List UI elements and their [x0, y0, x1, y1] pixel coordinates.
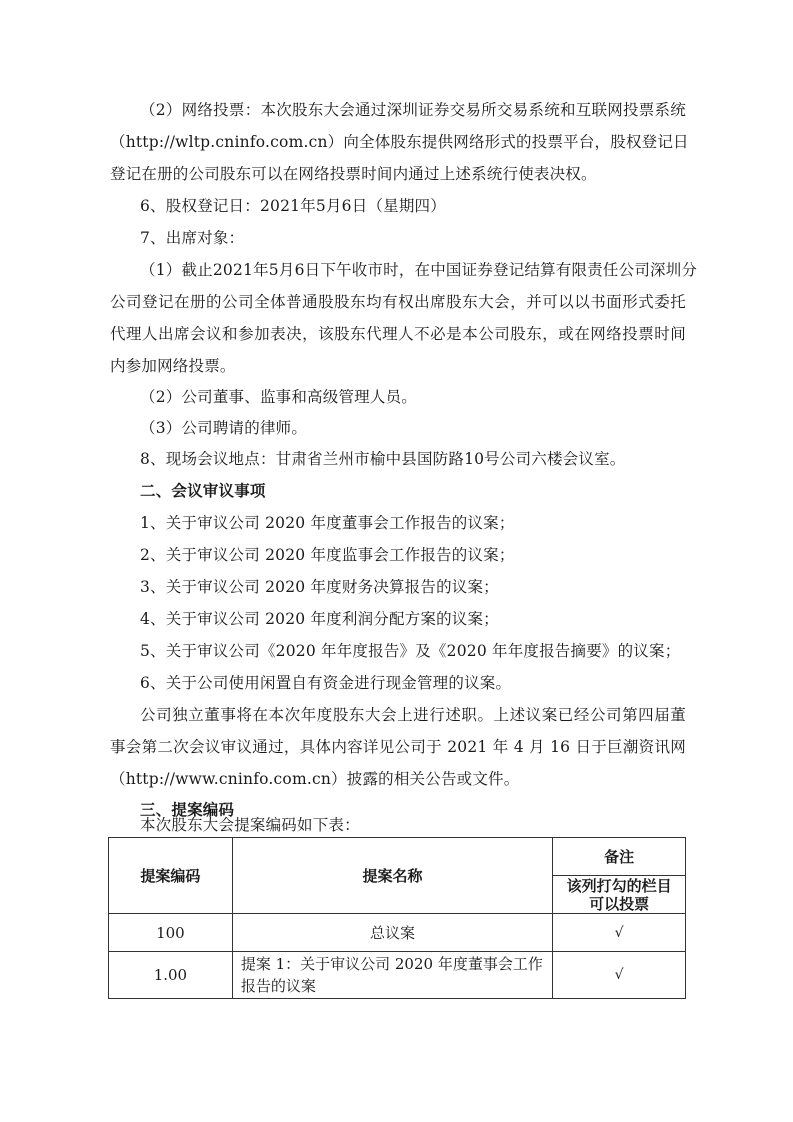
cell-check: √: [553, 914, 686, 952]
attendees-item-2: （2）公司董事、监事和高级管理人员。: [140, 387, 686, 407]
header-remark-sub: 该列打勾的栏目可以投票: [553, 876, 686, 914]
table-row: 100 总议案 √: [109, 914, 686, 952]
agenda-item-6: 6、关于公司使用闲置自有资金进行现金管理的议案。: [140, 673, 686, 693]
attendees-item-1-line3: 代理人出席会议和参加表决，该股东代理人不必是本公司股东，或在网络投票时间: [110, 324, 686, 344]
header-remark: 备注: [553, 838, 686, 876]
cell-code: 100: [109, 914, 233, 952]
attendees-item-1-line1: （1）截止2021年5月6日下午收市时，在中国证券登记结算有限责任公司深圳分: [140, 260, 686, 280]
section2-heading: 二、会议审议事项: [140, 481, 686, 501]
attendees-title: 7、出席对象：: [140, 228, 686, 248]
paragraph-network-vote-line1: （2）网络投票：本次股东大会通过深圳证券交易所交易系统和互联网投票系统: [140, 100, 686, 120]
agenda-item-2: 2、关于审议公司 2020 年度监事会工作报告的议案；: [140, 545, 686, 565]
paragraph-network-vote-line2: （http://wltp.cninfo.com.cn）向全体股东提供网络形式的投…: [110, 132, 686, 152]
note-line1: 公司独立董事将在本次年度股东大会上进行述职。上述议案已经公司第四届董: [140, 705, 686, 725]
note-line2: 事会第二次会议审议通过，具体内容详见公司于 2021 年 4 月 16 日于巨潮…: [110, 737, 686, 757]
venue: 8、现场会议地点：甘肃省兰州市榆中县国防路10号公司六楼会议室。: [140, 449, 716, 469]
paragraph-network-vote-line3: 登记在册的公司股东可以在网络投票时间内通过上述系统行使表决权。: [110, 164, 686, 184]
cell-code: 1.00: [109, 952, 233, 999]
attendees-item-1-line4: 内参加网络投票。: [110, 356, 686, 376]
record-date: 6、股权登记日：2021年5月6日（星期四）: [140, 196, 686, 216]
header-proposal-name: 提案名称: [232, 838, 552, 914]
cell-name: 总议案: [232, 914, 552, 952]
attendees-item-3: （3）公司聘请的律师。: [140, 418, 686, 438]
cell-check: √: [553, 952, 686, 999]
agenda-item-5: 5、关于审议公司《2020 年年度报告》及《2020 年年度报告摘要》的议案；: [140, 641, 686, 661]
agenda-item-4: 4、关于审议公司 2020 年度利润分配方案的议案；: [140, 609, 686, 629]
attendees-item-1-line2: 公司登记在册的公司全体普通股股东均有权出席股东大会，并可以以书面形式委托: [110, 292, 686, 312]
agenda-item-3: 3、关于审议公司 2020 年度财务决算报告的议案；: [140, 577, 686, 597]
cell-name: 提案 1：关于审议公司 2020 年度董事会工作报告的议案: [232, 952, 552, 999]
header-proposal-code: 提案编码: [109, 838, 233, 914]
proposal-code-table: 提案编码 提案名称 备注 该列打勾的栏目可以投票 100 总议案 √ 1.00 …: [108, 837, 686, 999]
note-line3: （http://www.cninfo.com.cn）披露的相关公告或文件。: [110, 769, 686, 789]
agenda-item-1: 1、关于审议公司 2020 年度董事会工作报告的议案；: [140, 513, 686, 533]
section3-intro: 本次股东大会提案编码如下表：: [140, 815, 686, 835]
document-page: （2）网络投票：本次股东大会通过深圳证券交易所交易系统和互联网投票系统 （htt…: [0, 0, 793, 1122]
table-row: 1.00 提案 1：关于审议公司 2020 年度董事会工作报告的议案 √: [109, 952, 686, 999]
